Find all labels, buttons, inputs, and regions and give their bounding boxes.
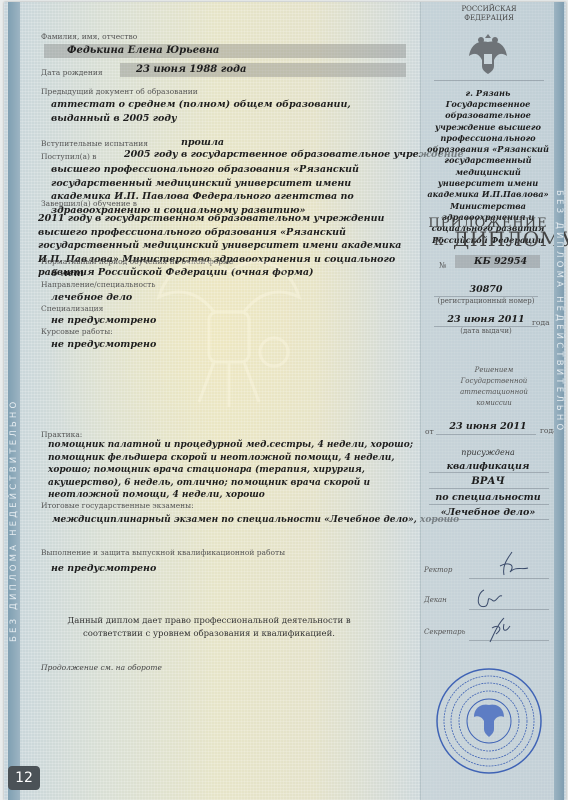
specialty-value: лечебное дело	[51, 292, 132, 303]
enrolled-value-first: 2005 году в государственное образователь…	[124, 149, 464, 160]
birth-label: Дата рождения	[41, 68, 103, 77]
entrance-label: Вступительные испытания	[41, 139, 148, 148]
secretary-label: Секретарь	[424, 628, 465, 636]
year-word: года	[532, 318, 550, 327]
rights-text: Данный диплом дает право профессионально…	[64, 615, 354, 641]
birth-value: 23 июня 1988 года	[136, 64, 246, 75]
continuation-note: Продолжение см. на обороте	[41, 663, 162, 672]
city-label: г. Рязань	[424, 88, 552, 99]
enrolled-label: Поступил(а) в	[41, 152, 97, 161]
decision-text: Решением Государственной аттестационной …	[452, 365, 536, 409]
official-stamp-icon	[434, 667, 544, 775]
prev-doc-value: аттестат о среднем (полном) общем образо…	[51, 98, 351, 125]
country-label: РОССИЙСКАЯ ФЕДЕРАЦИЯ	[449, 5, 529, 23]
number-sign: №	[439, 261, 447, 270]
reg-number: 30870	[434, 284, 538, 295]
specialization-label: Специализация	[41, 304, 103, 313]
specialty-label: Направление/специальность	[41, 280, 155, 289]
side-text-right: БЕЗ ДИПЛОМА НЕДЕЙСТВИТЕЛЬНО	[554, 190, 564, 610]
diploma-number: КБ 92954	[474, 256, 527, 267]
exams-label: Итоговые государственные экзамены:	[41, 501, 194, 510]
specialization-value: не предусмотрено	[51, 315, 156, 326]
title-k: к	[434, 231, 443, 249]
rule	[429, 504, 549, 505]
exams-value: междисциплинарный экзамен по специальнос…	[52, 515, 459, 525]
rule	[429, 488, 549, 489]
coursework-value: не предусмотрено	[51, 339, 156, 350]
entrance-value: прошла	[181, 137, 224, 148]
enrolled-value-rest: высшего профессионального образования «Р…	[51, 163, 411, 217]
specialty-value-right: «Лечебное дело»	[424, 507, 552, 518]
rector-signature-icon	[494, 550, 534, 580]
completed-label: Завершил(а) обучение в	[41, 199, 137, 208]
left-security-strip: БЕЗ ДИПЛОМА НЕДЕЙСТВИТЕЛЬНО	[8, 2, 20, 800]
dean-signature-icon	[472, 584, 512, 614]
secretary-signature-icon	[484, 614, 514, 646]
thesis-value: не предусмотрено	[51, 563, 156, 574]
page-number-badge: 12	[8, 766, 40, 790]
rule	[436, 434, 536, 435]
dean-label: Декан	[424, 596, 447, 604]
practice-value: помощник палатной и процедурной мед.сест…	[48, 439, 418, 502]
issue-label: (дата выдачи)	[434, 327, 538, 335]
right-security-strip: БЕЗ ДИПЛОМА НЕДЕЙСТВИТЕЛЬНО	[554, 2, 564, 800]
qualification-value: ВРАЧ	[424, 476, 552, 487]
fio-label: Фамилия, имя, отчество	[41, 32, 137, 41]
fio-value: Федькина Елена Юрьевна	[67, 45, 219, 56]
rule	[429, 472, 549, 473]
reg-label: (регистрационный номер)	[434, 297, 538, 305]
rule	[434, 80, 544, 81]
diploma-supplement-page: БЕЗ ДИПЛОМА НЕДЕЙСТВИТЕЛЬНО Фамилия, имя…	[4, 2, 566, 800]
qualification-word: квалификация	[424, 461, 552, 472]
decision-date: 23 июня 2011	[436, 421, 540, 432]
period-value: 6 лет	[51, 268, 84, 279]
rector-label: Ректор	[424, 566, 452, 574]
issue-date: 23 июня 2011	[434, 314, 538, 325]
awarded-text: присуждена	[424, 448, 552, 457]
practice-label: Практика:	[41, 430, 82, 439]
side-text-left: БЕЗ ДИПЛОМА НЕДЕЙСТВИТЕЛЬНО	[9, 222, 19, 642]
eagle-watermark-icon	[144, 242, 314, 412]
from-word: от	[425, 427, 434, 436]
rule	[429, 519, 549, 520]
coat-of-arms-icon	[467, 30, 509, 76]
coursework-label: Курсовые работы:	[41, 327, 113, 336]
thesis-label: Выполнение и защита выпускной квалификац…	[41, 548, 285, 557]
title-line2: ДИПЛОМУ	[453, 227, 568, 251]
by-specialty-text: по специальности	[424, 492, 552, 503]
prev-doc-label: Предыдущий документ об образовании	[41, 87, 198, 96]
